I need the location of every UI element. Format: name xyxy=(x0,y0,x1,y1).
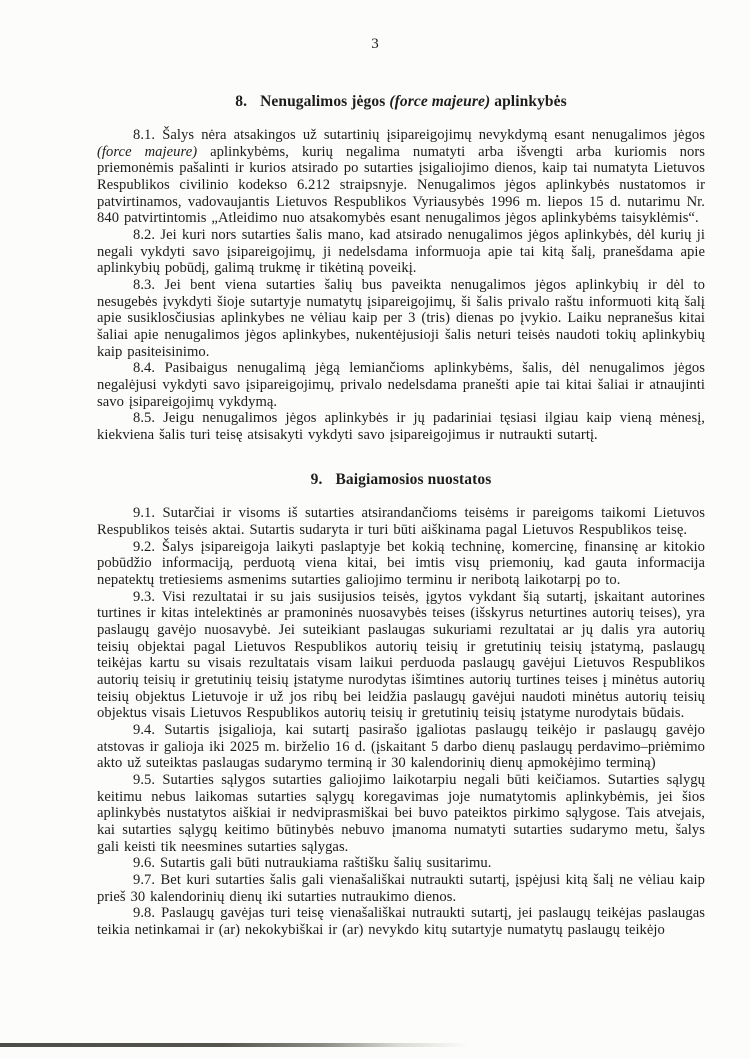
contract-paragraph: 9.3. Visi rezultatai ir su jais susijusi… xyxy=(97,589,705,722)
contract-paragraph: 8.3. Jei bent viena sutarties šalių bus … xyxy=(97,277,705,360)
paragraph-text-segment: 8.1. Šalys nėra atsakingos už sutartinių… xyxy=(133,127,705,143)
heading-text-segment: aplinkybės xyxy=(490,93,566,110)
contract-section: 8.Nenugalimos jėgos (force majeure) apli… xyxy=(97,92,705,443)
paragraph-italic-segment: (force majeure) xyxy=(97,144,197,160)
section-heading-number: 8. xyxy=(235,93,247,110)
paragraph-text-segment: 9.8. Paslaugų gavėjas turi teisę vienaša… xyxy=(97,905,705,938)
contract-paragraph: 9.4. Sutartis įsigalioja, kai sutartį pa… xyxy=(97,722,705,772)
paragraph-text-segment: 9.6. Sutartis gali būti nutraukiama rašt… xyxy=(133,855,491,871)
section-paragraphs: 8.1. Šalys nėra atsakingos už sutartinių… xyxy=(97,127,705,443)
paragraph-text-segment: 9.3. Visi rezultatai ir su jais susijusi… xyxy=(97,589,705,722)
paragraph-text-segment: 9.5. Sutarties sąlygos sutarties galioji… xyxy=(97,772,705,855)
paragraph-text-segment: 8.5. Jeigu nenugalimos jėgos aplinkybės … xyxy=(97,410,705,443)
paragraph-text-segment: 9.4. Sutartis įsigalioja, kai sutartį pa… xyxy=(97,722,705,771)
contract-paragraph: 8.5. Jeigu nenugalimos jėgos aplinkybės … xyxy=(97,410,705,443)
contract-paragraph: 9.7. Bet kuri sutarties šalis gali viena… xyxy=(97,872,705,905)
scan-artifact-line xyxy=(0,1043,585,1047)
section-heading: 9.Baigiamosios nuostatos xyxy=(97,470,705,489)
contract-section: 9.Baigiamosios nuostatos 9.1. Sutarčiai … xyxy=(97,470,705,938)
section-heading-text: Nenugalimos jėgos (force majeure) aplink… xyxy=(260,93,567,110)
section-heading-text: Baigiamosios nuostatos xyxy=(335,471,491,488)
contract-paragraph: 8.4. Pasibaigus nenugalimą jėgą lemianči… xyxy=(97,360,705,410)
contract-paragraph: 8.1. Šalys nėra atsakingos už sutartinių… xyxy=(97,127,705,227)
heading-italic-segment: (force majeure) xyxy=(389,93,490,110)
paragraph-text-segment: 9.7. Bet kuri sutarties šalis gali viena… xyxy=(97,872,705,905)
contract-paragraph: 9.6. Sutartis gali būti nutraukiama rašt… xyxy=(97,855,705,872)
paragraph-text-segment: 9.1. Sutarčiai ir visoms iš sutarties at… xyxy=(97,505,705,538)
document-page: 3 8.Nenugalimos jėgos (force majeure) ap… xyxy=(0,0,750,1059)
page-number: 3 xyxy=(0,0,750,53)
contract-paragraph: 9.8. Paslaugų gavėjas turi teisę vienaša… xyxy=(97,905,705,938)
paragraph-text-segment: 8.4. Pasibaigus nenugalimą jėgą lemianči… xyxy=(97,360,705,409)
document-content: 8.Nenugalimos jėgos (force majeure) apli… xyxy=(97,53,705,939)
contract-paragraph: 8.2. Jei kuri nors sutarties šalis mano,… xyxy=(97,227,705,277)
heading-text-segment: Baigiamosios nuostatos xyxy=(335,471,491,488)
heading-text-segment: Nenugalimos jėgos xyxy=(260,93,389,110)
paragraph-text-segment: 8.3. Jei bent viena sutarties šalių bus … xyxy=(97,277,705,360)
contract-paragraph: 9.1. Sutarčiai ir visoms iš sutarties at… xyxy=(97,505,705,538)
section-heading-number: 9. xyxy=(311,471,323,488)
contract-paragraph: 9.5. Sutarties sąlygos sutarties galioji… xyxy=(97,772,705,855)
section-heading: 8.Nenugalimos jėgos (force majeure) apli… xyxy=(97,92,705,111)
section-paragraphs: 9.1. Sutarčiai ir visoms iš sutarties at… xyxy=(97,505,705,938)
paragraph-text-segment: 8.2. Jei kuri nors sutarties šalis mano,… xyxy=(97,227,705,276)
paragraph-text-segment: 9.2. Šalys įsipareigoja laikyti paslapty… xyxy=(97,539,705,588)
contract-paragraph: 9.2. Šalys įsipareigoja laikyti paslapty… xyxy=(97,539,705,589)
